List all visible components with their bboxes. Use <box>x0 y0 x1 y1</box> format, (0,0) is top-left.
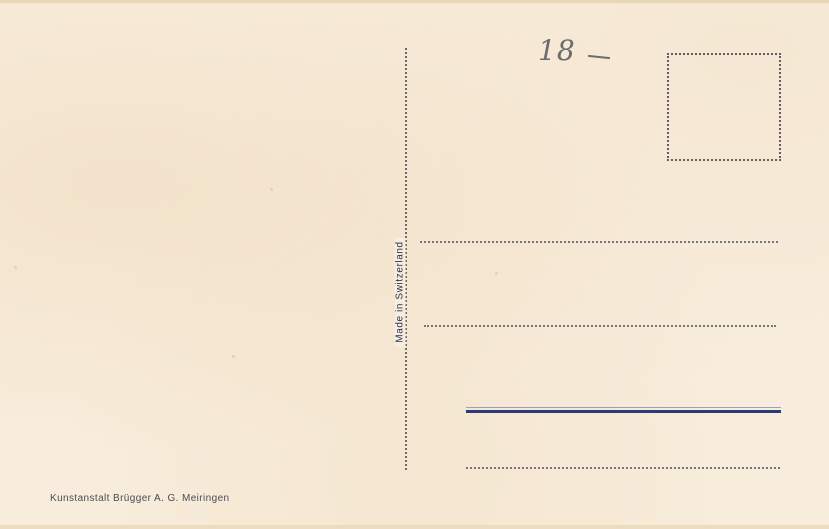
address-line-3-blue-rule <box>466 410 781 413</box>
handwritten-number: 18 <box>538 34 576 67</box>
paper-speck <box>232 355 235 358</box>
publisher-imprint: Kunstanstalt Brügger A. G. Meiringen <box>50 493 230 504</box>
address-line-4 <box>466 467 780 469</box>
paper-speck <box>14 266 17 269</box>
handwritten-dash <box>588 55 610 59</box>
address-line-2 <box>424 325 776 327</box>
postcard-back: 18 Made in Switzerland Kunstanstalt Brüg… <box>0 0 829 529</box>
paper-speck <box>270 188 273 191</box>
made-in-switzerland-label: Made in Switzerland <box>395 237 406 346</box>
paper-speck <box>495 272 498 275</box>
address-line-1 <box>420 241 778 243</box>
card-top-edge <box>0 0 829 3</box>
stamp-box <box>667 53 781 161</box>
address-line-3-upper-rule <box>466 407 781 408</box>
card-bottom-edge <box>0 525 829 529</box>
